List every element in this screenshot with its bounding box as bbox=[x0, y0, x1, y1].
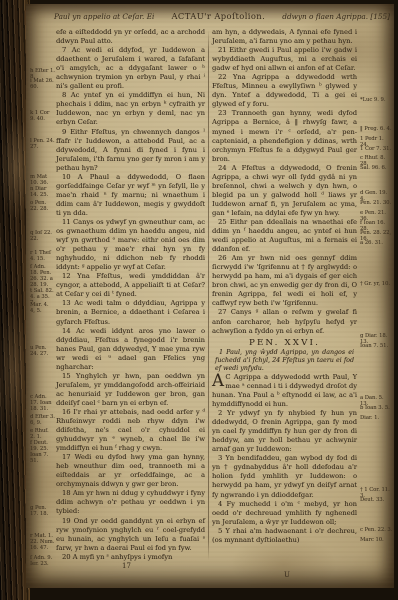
margin-note: n Diar 14. 25. bbox=[30, 186, 55, 198]
verse-text: C Agrippa a ddywedodd wrth Paul, Y mae ᵃ… bbox=[212, 373, 357, 408]
chapter-argument: 1 Paul, yng ŵydd Agrippa, yn dangos ei f… bbox=[212, 349, 357, 373]
margin-note: Mar. 4. 4, 5. bbox=[30, 302, 55, 314]
margin-note: Sal. 96. 6. bbox=[360, 165, 393, 171]
margin-note: c Adn. 17. Ioan 18. 31. bbox=[30, 394, 55, 412]
verse-paragraph: 24 A Ffeſtus a ddywedodd, O frenin Agrip… bbox=[212, 164, 357, 218]
margin-note: b Ioan 3. 5. bbox=[360, 405, 393, 411]
margin-note: q Ioſ 22. 22. bbox=[30, 230, 55, 242]
margin-note: g Pen. 17. 18. bbox=[30, 505, 55, 517]
column-divider bbox=[208, 30, 209, 560]
margin-note: 1 Cor 7. 31. bbox=[360, 146, 393, 152]
margin-note: o Pen. 22. 28. bbox=[30, 200, 55, 212]
catchword-signature: U bbox=[284, 571, 290, 579]
verse-paragraph: 10 A Phaul a ddywedodd, O flaen gorſeddf… bbox=[56, 173, 205, 218]
header-left-caption: Paul yn appelio at Ceſar. Ei bbox=[54, 12, 154, 21]
verse-paragraph: 26 Am yr hwn nid oes gennyf ddim ſicrwyd… bbox=[212, 254, 357, 308]
verse-paragraph: 21 Eithr gwedi i Paul appelio i'w gadw i… bbox=[212, 46, 357, 73]
verse-paragraph: 18 Am yr hwn ni ddug y cyhuddwyr i fyny … bbox=[56, 489, 205, 516]
verse-paragraph: 5 Y rhai a'm hadwaenant i o'r dechreu, (… bbox=[212, 527, 357, 545]
margin-note: Diar. 1. bbox=[360, 415, 393, 421]
drop-cap-initial: A bbox=[212, 373, 225, 389]
verse-paragraph: 25 Eithr pan ddeallais na wnaethai efe d… bbox=[212, 218, 357, 254]
margin-note: c Pen. 22. 3. bbox=[360, 527, 393, 533]
margin-note: † Gr. yr, 10. bbox=[360, 281, 393, 287]
margin-note: a 26. 31. bbox=[360, 240, 393, 246]
margin-note: ſ Adn. 9. Ier. 23. bbox=[30, 555, 55, 567]
running-header: Paul yn appelio at Ceſar. Ei ACTAU'r Apo… bbox=[54, 11, 390, 21]
verse-paragraph: 20 A myfi yn ˢ anhyſpys i ymofyn bbox=[56, 553, 205, 562]
verse-paragraph: 23 Trannoeth gan hynny, wedi dyfod Agrip… bbox=[212, 109, 357, 163]
verse-paragraph: 17 Wedi eu dyfod hwy yma gan hynny, heb … bbox=[56, 453, 205, 489]
margin-note: m Mat 10. 36. bbox=[30, 174, 55, 186]
verse-continuation: efe a eiſteddodd yn yr orſedd, ac a arch… bbox=[56, 28, 205, 46]
verse-paragraph: 9 Eithr Ffeſtus, yn chwennych dangos ˡ f… bbox=[56, 128, 205, 173]
margin-note: *Luc 9. 9. bbox=[360, 97, 393, 103]
verse-paragraph: 22 Yna Agrippa a ddywedodd wrth Ffeſtus,… bbox=[212, 73, 357, 109]
text-column-left: efe a eiſteddodd yn yr orſedd, ac a arch… bbox=[56, 28, 205, 562]
page-title: ACTAU'r Apoſtolion. bbox=[171, 11, 265, 21]
verse-paragraph: 11 Canys os ydwyf yn gwneuthur cam, ac o… bbox=[56, 218, 205, 272]
book-page: Paul yn appelio at Ceſar. Ei ACTAU'r Apo… bbox=[26, 4, 394, 588]
margin-note: r Mat. 1. 22. Num. 16. 47. bbox=[30, 533, 55, 551]
header-right-caption-page-number: ddwyn o flaen Agrippa. [155] bbox=[282, 12, 390, 21]
verse-paragraph: 19 Ond yr oedd ganddynt yn ei erbyn ef r… bbox=[56, 517, 205, 553]
margin-note: l Pen. 24. 27. bbox=[30, 138, 55, 150]
margin-note: k 1 Cor 9. 40. bbox=[30, 110, 55, 122]
verse-paragraph: 3 Yn bendifaddeu, gan wybod dy fod di yn… bbox=[212, 454, 357, 499]
verse-paragraph: 2 Yr ydwyf yn fy nhybied fy hun yn ddedw… bbox=[212, 409, 357, 454]
margin-note: f Deut. 19. 25. Ioan 7. 51. bbox=[30, 440, 55, 464]
margin-note: e Rhuf. 2. 1. bbox=[30, 428, 55, 440]
verse-paragraph: 27 Canys ᵍ allan o reſwm y gwelaf fi anf… bbox=[212, 308, 357, 335]
verse-paragraph: 12 Yna Ffeſtus, wedi ymddiddan â'r cyngo… bbox=[56, 272, 205, 299]
margin-note: d Eſter 3. 6, 9. bbox=[30, 414, 55, 426]
margin-note: u Pen. 24. 27. bbox=[30, 345, 55, 357]
text-column-right: am hyn, a ddywedais, A fynnai efe fyned … bbox=[212, 28, 357, 545]
verse-paragraph: 15 Ynghylch yr hwn, pan oeddwn yn Jeruſa… bbox=[56, 372, 205, 408]
signature-mark: 17 bbox=[122, 562, 131, 570]
chapter-heading: PEN. XXVI. bbox=[212, 339, 357, 348]
verse-paragraph-dropcap: AC Agrippa a ddywedodd wrth Paul, Y mae … bbox=[212, 373, 357, 409]
margin-note: Deut. 33. bbox=[360, 497, 393, 503]
book-photo: Paul yn appelio at Ceſar. Ei ACTAU'r Apo… bbox=[0, 0, 398, 600]
verse-paragraph: 8 Ac yntef yn ei ymddiffyn ei hun, Ni ph… bbox=[56, 91, 205, 127]
verse-paragraph: 4 Fy muchedd i o'm ᶜ mebyd, yr hon oedd … bbox=[212, 500, 357, 527]
margin-note: r 1 Theſ 4. 15. bbox=[30, 250, 55, 262]
verse-paragraph: 13 Ac wedi talm o ddyddiau, Agrippa y br… bbox=[56, 299, 205, 326]
margin-note: i Mat 26. 60. bbox=[30, 78, 55, 90]
margin-note: ‖ Preg. 6. 4. bbox=[360, 126, 393, 132]
verse-paragraph: 14 Ac wedi iddynt aros yno lawer o ddydd… bbox=[56, 327, 205, 372]
margin-note: Pen. 21. 30. bbox=[360, 200, 393, 206]
verse-paragraph: 16 I'r rhai yr attebais, nad oedd arfer … bbox=[56, 408, 205, 453]
margin-note: Ioan 7. 51. bbox=[360, 343, 393, 349]
margin-note: Marc 10. bbox=[360, 537, 393, 543]
verse-continuation: am hyn, a ddywedais, A fynnai efe fyned … bbox=[212, 28, 357, 46]
margin-note: ſ Adn. 18. Pen. 26. 32. a 28. 19. bbox=[30, 264, 55, 288]
verse-paragraph: 7 Ac wedi ei ddyfod, yr Iuddewon a ddaet… bbox=[56, 46, 205, 91]
